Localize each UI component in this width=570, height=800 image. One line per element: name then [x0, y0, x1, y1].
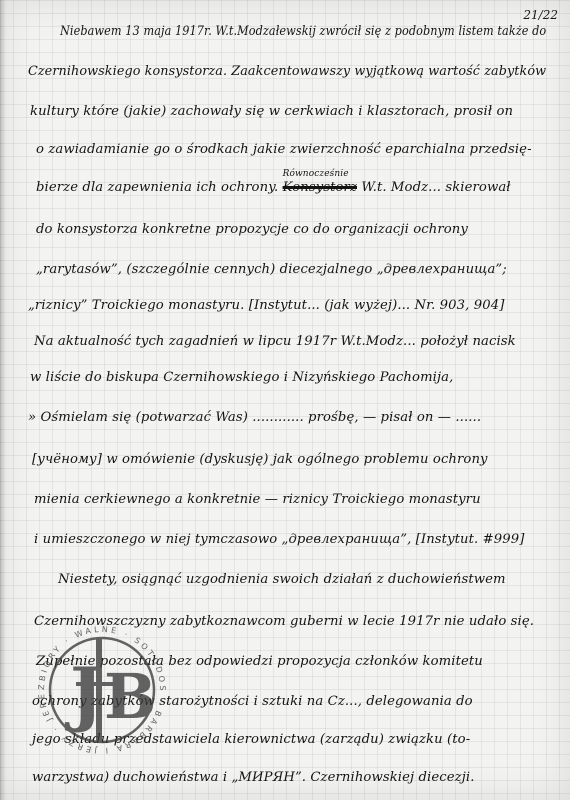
text-line-1: Niebawem 13 maja 1917r. W.t.Modzałewskij…	[60, 24, 546, 39]
text-line-10: w liście do biskupa Czernihowskiego i Ni…	[30, 370, 453, 385]
page-number: 21/22	[523, 8, 558, 22]
text-line-11: » Ośmielam się (potwarzać Was) .........…	[28, 410, 481, 425]
text-line-5-start: bierze dla zapewnienia ich ochrony.	[36, 180, 278, 195]
text-line-19: jego składu przedstawiciela kierownictwa…	[32, 732, 470, 747]
text-line-4: o zawiadamianie go o środkach jakie zwie…	[36, 142, 532, 157]
inserted-word: Równocześnie	[283, 169, 349, 179]
text-line-5-end: W.t. Modz... skierował	[361, 180, 510, 195]
text-line-3: kultury które (jakie) zachowały się w ce…	[30, 104, 513, 119]
text-line-20: warzystwa) duchowieństwa i „МИРЯН”. Czer…	[32, 770, 475, 785]
text-line-5: bierze dla zapewnienia ich ochrony. Równ…	[36, 180, 511, 195]
text-line-15: Niestety, osiągnąć uzgodnienia swoich dz…	[58, 572, 506, 587]
handwritten-page: 21/22 Niebawem 13 maja 1917r. W.t.Modzał…	[0, 0, 570, 800]
correction: Równocześnie Konsystorz	[283, 180, 357, 195]
text-line-8: „riznicy” Troickiego monastyru. [Instytu…	[28, 298, 504, 313]
text-line-12: [учёному] w omówienie (dyskusję) jak ogó…	[32, 452, 488, 467]
text-line-9: Na aktualność tych zagadnień w lipcu 191…	[34, 334, 516, 349]
text-line-7: „rarytasów”, (szczególnie cennych) diece…	[36, 262, 507, 277]
text-line-6: do konsystorza konkretne propozycje co d…	[36, 222, 468, 237]
text-line-13: mienia cerkiewnego a konkretnie — riznic…	[34, 492, 481, 507]
text-line-18: ochrony zabytków starożytności i sztuki …	[32, 694, 473, 709]
struck-word: Konsystorz	[283, 180, 357, 195]
text-line-16: Czernihowszczyzny zabytkoznawcom guberni…	[34, 614, 534, 629]
page-edge-shadow	[0, 0, 6, 800]
text-line-2: Czernihowskiego konsystorza. Zaakcentowa…	[28, 64, 546, 79]
text-line-14: i umieszczonego w niej tymczasowo „древл…	[34, 532, 524, 547]
text-line-17: Zupełnie pozostała bez odpowiedzi propoz…	[36, 654, 483, 669]
